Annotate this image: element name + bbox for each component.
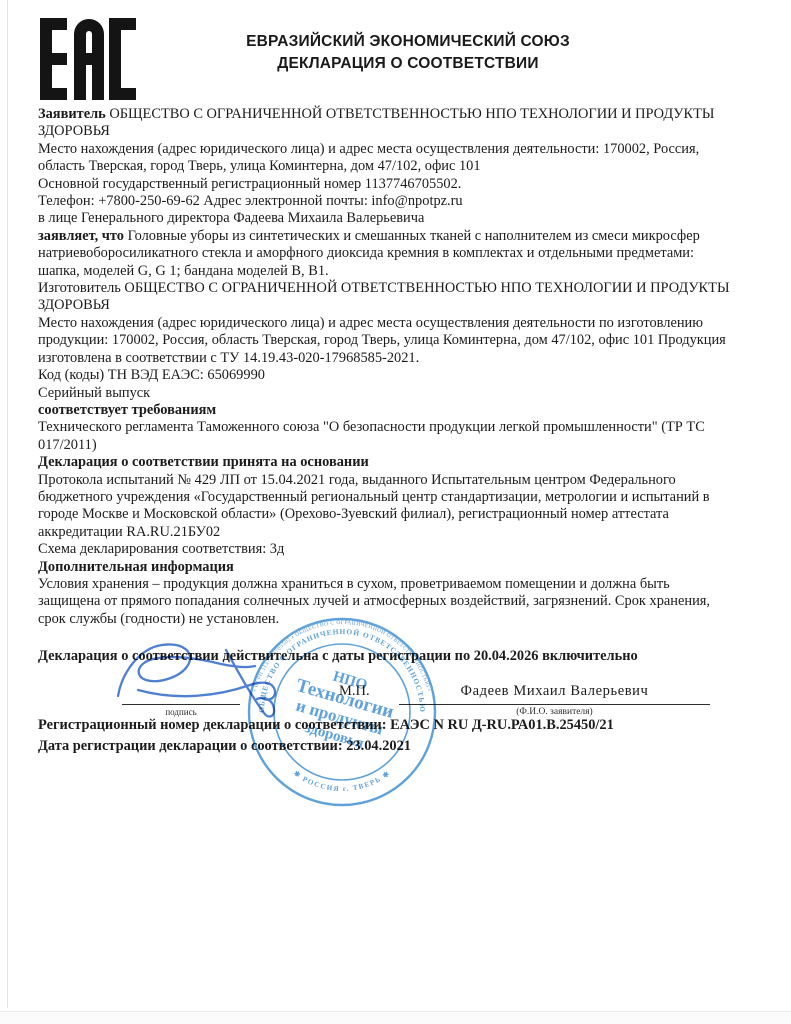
body-line: Серийный выпуск <box>38 385 760 402</box>
document-body-lines: Заявитель ОБЩЕСТВО С ОГРАНИЧЕННОЙ ОТВЕТС… <box>38 106 760 628</box>
header-doc-title: ДЕКЛАРАЦИЯ О СООТВЕТСТВИИ <box>115 53 701 75</box>
body-line: аккредитации RA.RU.21БУ02 <box>38 524 760 541</box>
body-line: соответствует требованиям <box>38 402 760 419</box>
svg-text:✱ РОССИЯ г. ТВЕРЬ ✱: ✱ РОССИЯ г. ТВЕРЬ ✱ <box>292 769 392 793</box>
body-line: Декларация о соответствии принята на осн… <box>38 454 760 471</box>
body-line: продукции: 170002, Россия, область Тверс… <box>38 332 760 349</box>
applicant-name-caption: (Ф.И.О. заявителя) <box>399 707 710 717</box>
body-line: заявляет, что Головные уборы из синтетич… <box>38 228 760 245</box>
body-line: область Тверская, город Тверь, улица Ком… <box>38 158 760 175</box>
body-line: Место нахождения (адрес юридического лиц… <box>38 141 760 158</box>
applicant-name-line <box>399 704 710 705</box>
declaration-document-page: ЕВРАЗИЙСКИЙ ЭКОНОМИЧЕСКИЙ СОЮЗ ДЕКЛАРАЦИ… <box>0 0 791 1024</box>
header-union-title: ЕВРАЗИЙСКИЙ ЭКОНОМИЧЕСКИЙ СОЮЗ <box>115 31 701 53</box>
signature-ink <box>108 638 318 726</box>
body-line: Условия хранения – продукция должна хран… <box>38 576 760 593</box>
body-line: 017/2011) <box>38 437 760 454</box>
body-line: шапка, моделей G, G 1; бандана моделей B… <box>38 263 760 280</box>
body-line: ЗДОРОВЬЯ <box>38 123 760 140</box>
body-line: Протокола испытаний № 429 ЛП от 15.04.20… <box>38 472 760 489</box>
scan-edge-bottom <box>0 1011 791 1024</box>
body-line: Код (коды) ТН ВЭД ЕАЭС: 65069990 <box>38 367 760 384</box>
body-line: натриевоборосиликатного стекла и аморфно… <box>38 245 760 262</box>
body-line: бюджетного учреждения «Государственный р… <box>38 489 760 506</box>
body-line: Телефон: +7800-250-69-62 Адрес электронн… <box>38 193 760 210</box>
body-line: в лице Генерального директора Фадеева Ми… <box>38 210 760 227</box>
body-line: ЗДОРОВЬЯ <box>38 297 760 314</box>
body-line: Основной государственный регистрационный… <box>38 176 760 193</box>
body-line: защищена от прямого попадания солнечных … <box>38 593 760 610</box>
body-line: изготовлена в соответствии с ТУ 14.19.43… <box>38 350 760 367</box>
body-line: Место нахождения (адрес юридического лиц… <box>38 315 760 332</box>
body-line: Дополнительная информация <box>38 559 760 576</box>
body-line: Схема декларирования соответствия: 3д <box>38 541 760 558</box>
body-line: Заявитель ОБЩЕСТВО С ОГРАНИЧЕННОЙ ОТВЕТС… <box>38 106 760 123</box>
body-line: городе Москве и Московской области» (Оре… <box>38 506 760 523</box>
body-line: Изготовитель ОБЩЕСТВО С ОГРАНИЧЕННОЙ ОТВ… <box>38 280 760 297</box>
applicant-name: Фадеев Михаил Валерьевич <box>399 683 710 700</box>
scan-edge-left <box>7 0 8 1008</box>
body-line: Технического регламента Таможенного союз… <box>38 419 760 436</box>
document-header: ЕВРАЗИЙСКИЙ ЭКОНОМИЧЕСКИЙ СОЮЗ ДЕКЛАРАЦИ… <box>115 31 701 75</box>
stamp-bottom-ring-text: ✱ РОССИЯ г. ТВЕРЬ ✱ <box>292 769 392 793</box>
